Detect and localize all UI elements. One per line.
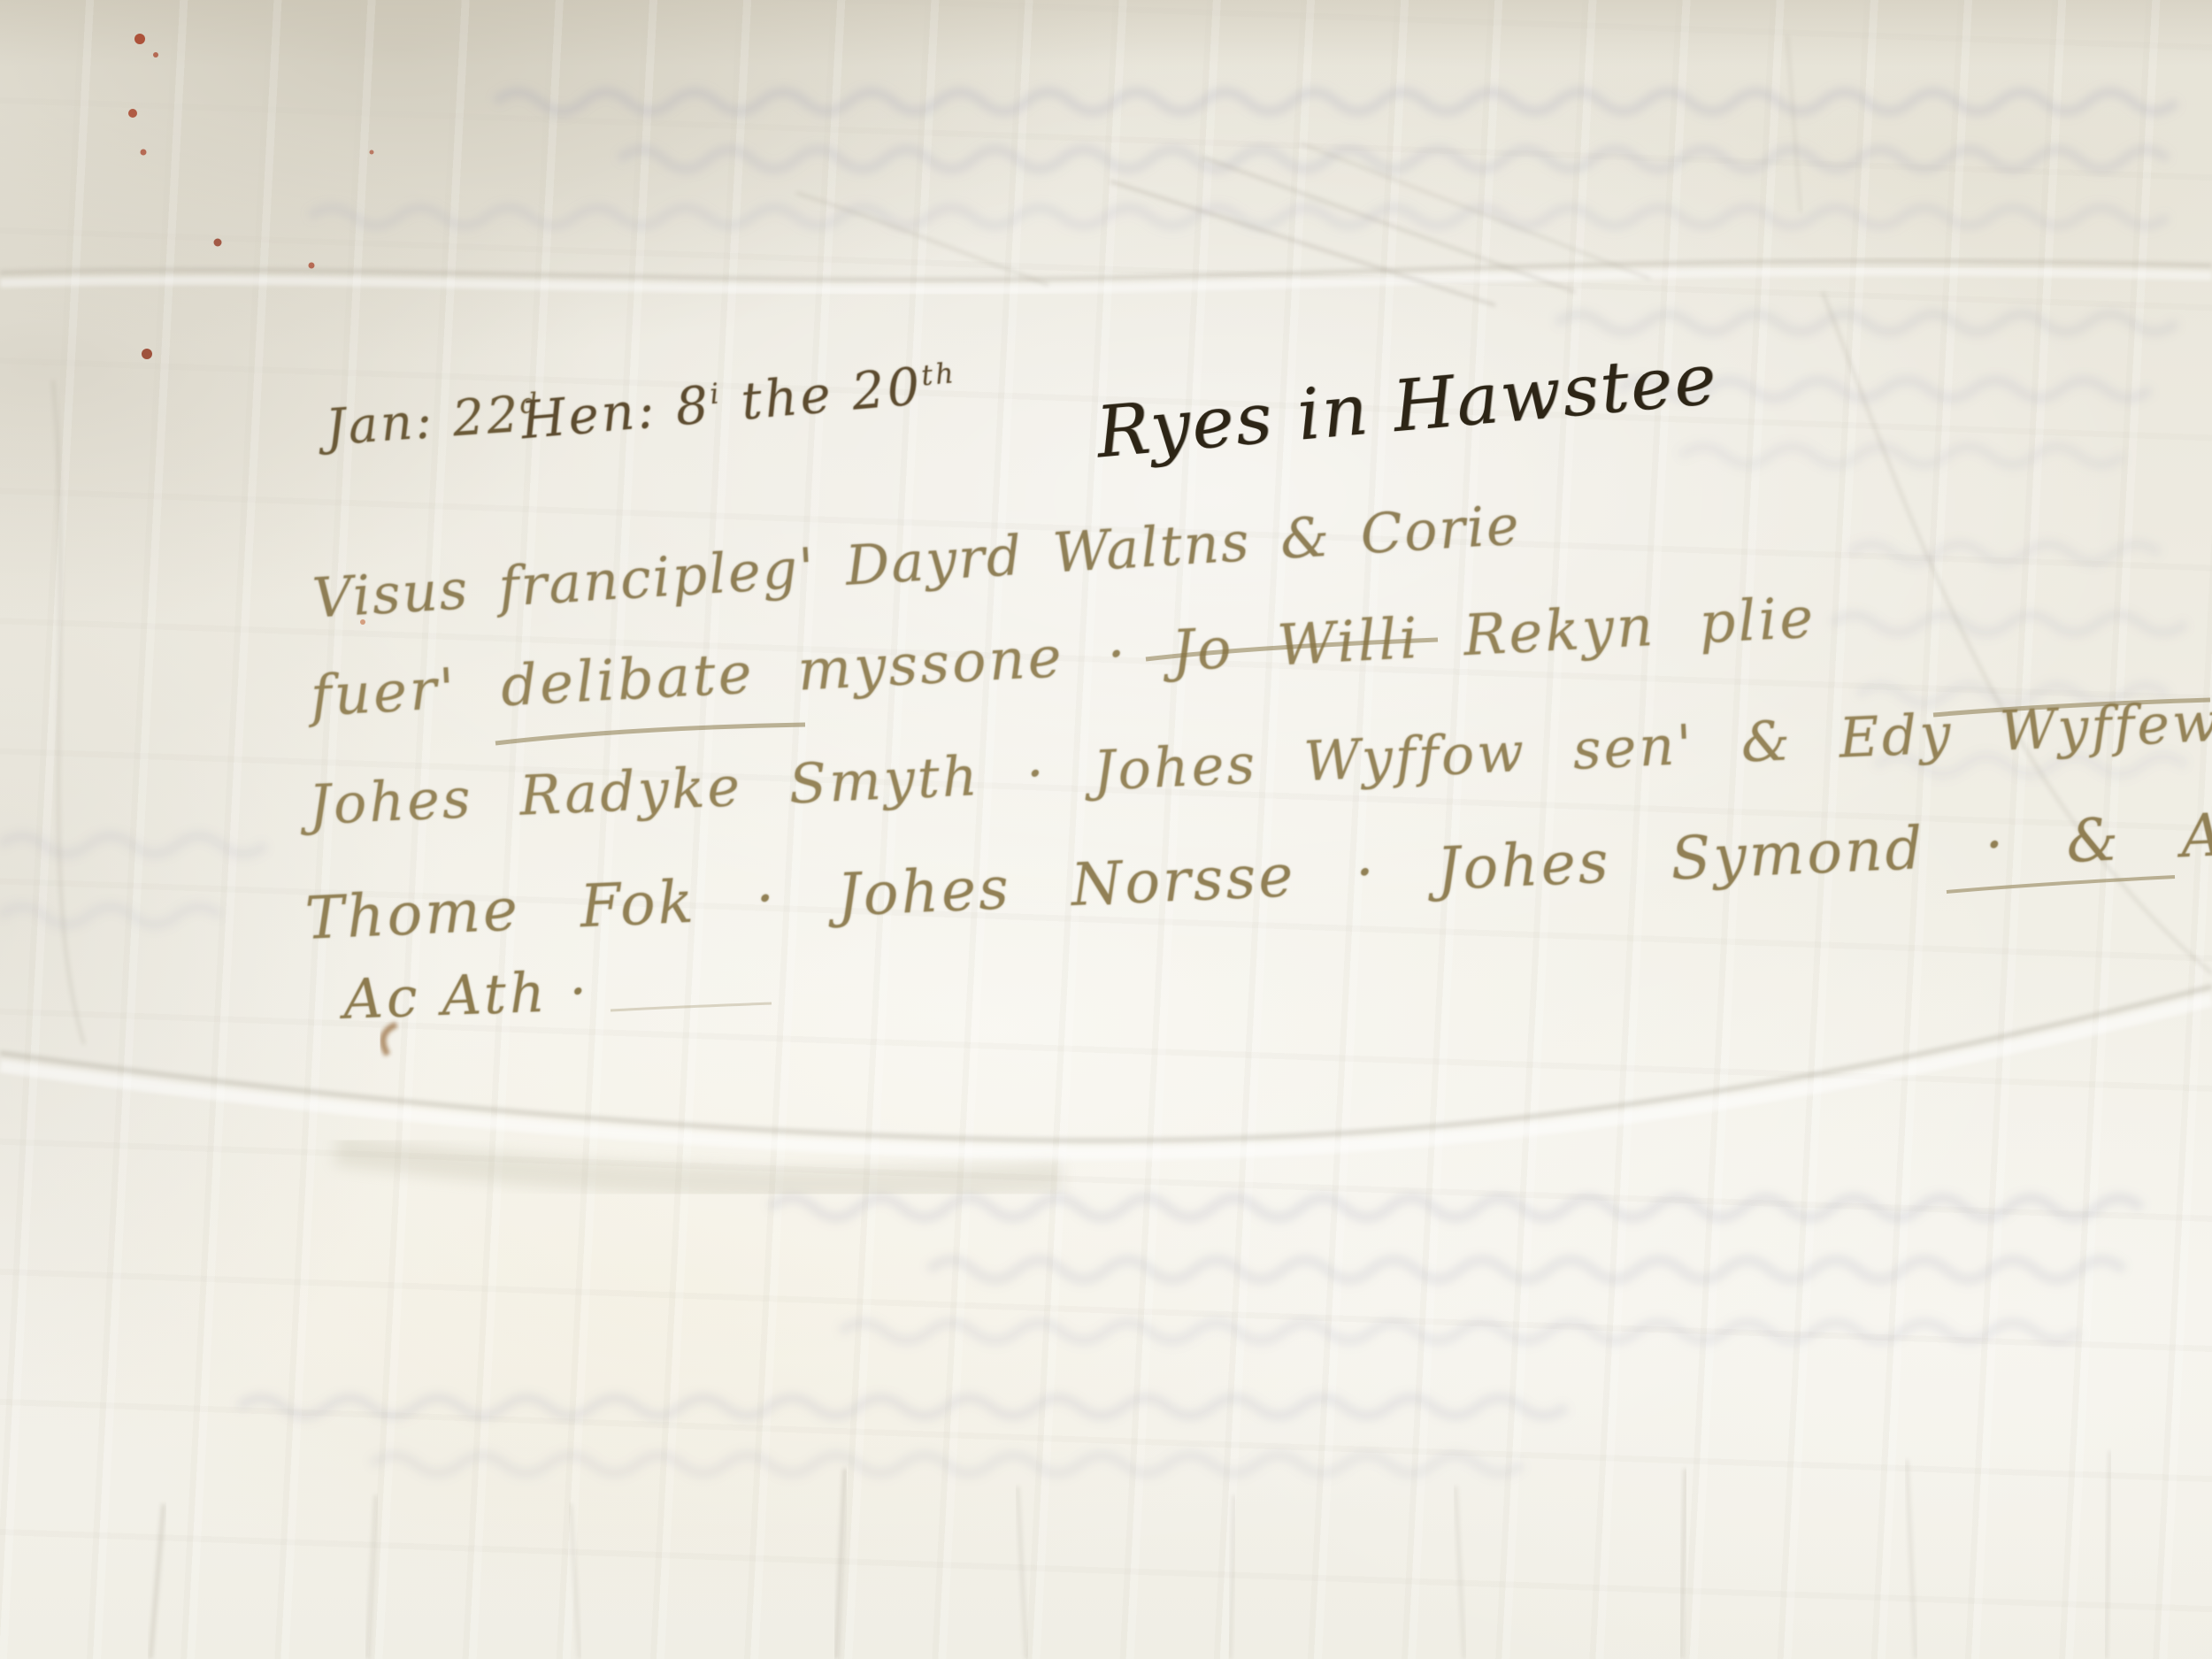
rust-specks [128,34,374,625]
body-line-5: Ac Ath · [342,958,592,1032]
ghost-script-top [310,92,2177,226]
regnal-year-ordinal: th [920,356,958,392]
parchment-photo: Jan: 22d Hen: 8i the 20th Ryes in Hawste… [0,0,2212,1659]
